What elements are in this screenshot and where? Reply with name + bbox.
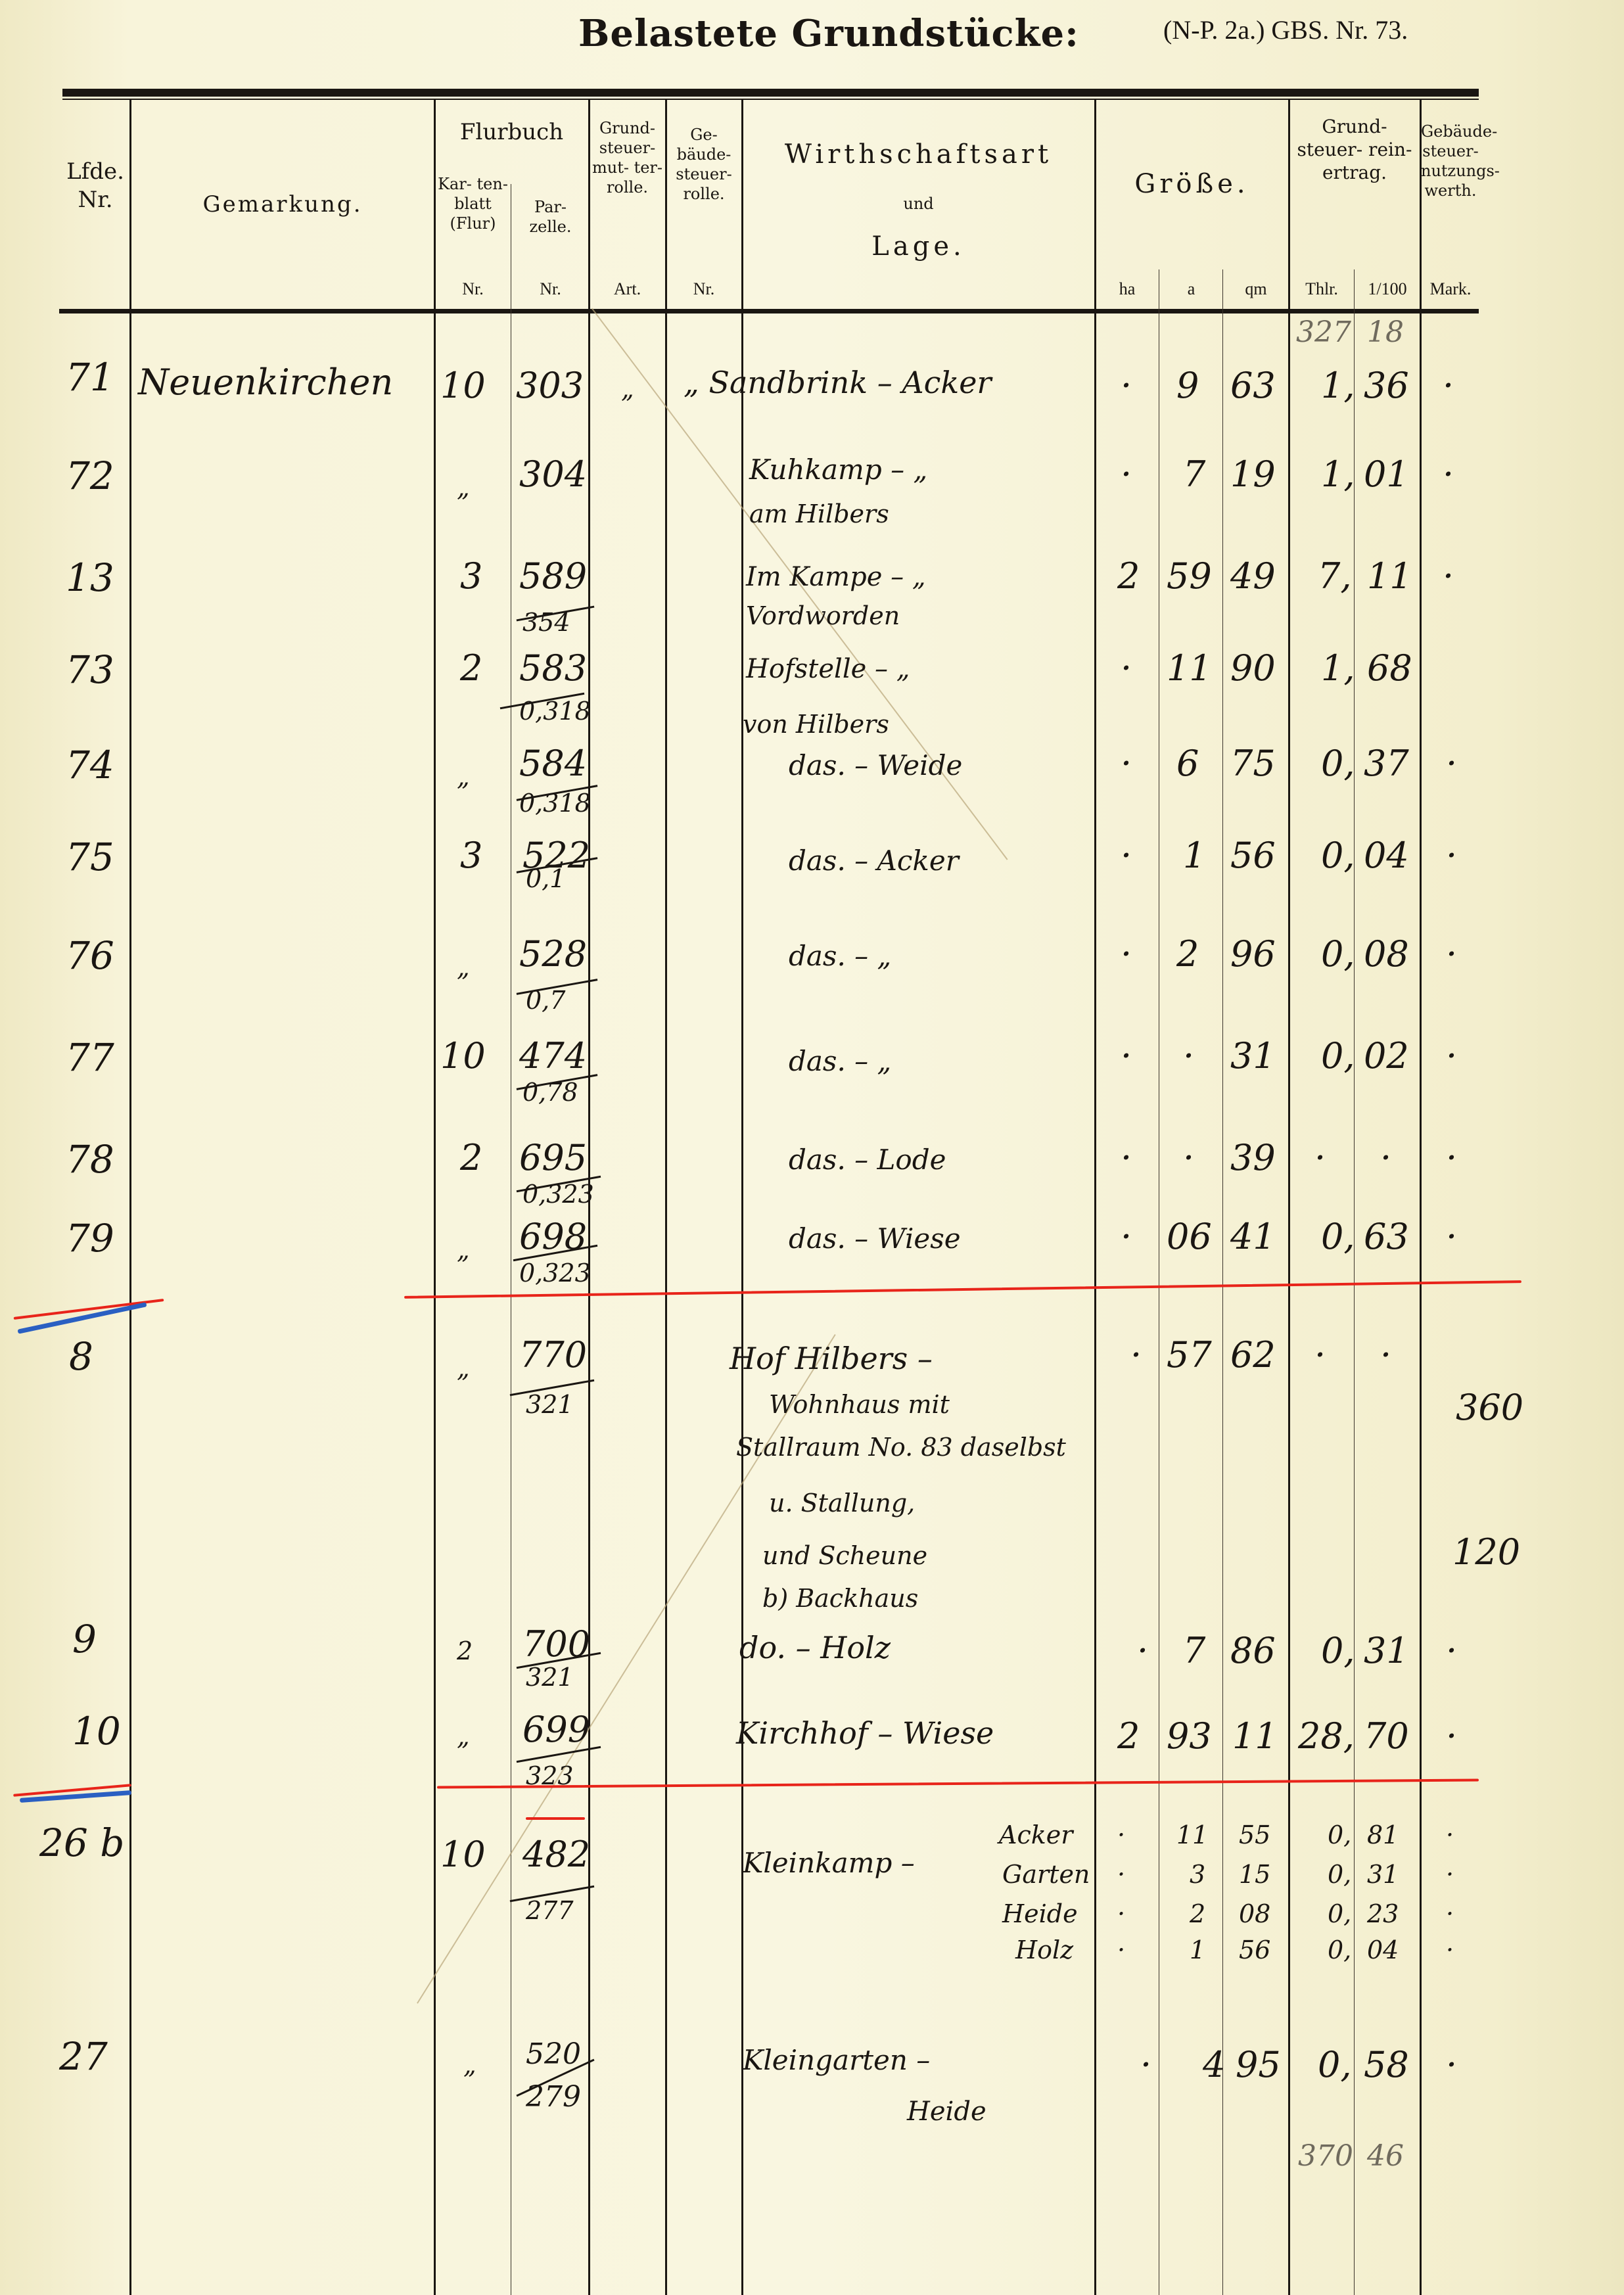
row-lage: Hofstelle – „ xyxy=(746,654,910,684)
row-thlr: 0, xyxy=(1328,1899,1351,1928)
row-mark: · xyxy=(1443,453,1454,495)
row-thlr: 28, xyxy=(1298,1715,1355,1757)
col-divider xyxy=(1420,100,1422,2295)
row-ha: · xyxy=(1121,743,1132,784)
row-thlr: 0, xyxy=(1321,933,1355,975)
row-qm: 55 xyxy=(1239,1820,1270,1849)
row-ha: · xyxy=(1137,1630,1148,1671)
row-parzelle-below: 0,7 xyxy=(526,986,565,1015)
row-parzelle: 482 xyxy=(522,1834,590,1875)
row-cent: · xyxy=(1380,1334,1391,1376)
row-cent: 63 xyxy=(1364,1216,1409,1257)
row-flur: „ xyxy=(457,762,470,791)
row-flur: „ xyxy=(457,1236,470,1264)
row-mark: · xyxy=(1446,1035,1457,1077)
row-a: 7 xyxy=(1183,453,1205,495)
col-divider xyxy=(1222,269,1223,2295)
sub-kind: Acker xyxy=(999,1820,1073,1849)
row-a: 11 xyxy=(1167,647,1212,689)
row-qm: 56 xyxy=(1230,835,1276,876)
row-lage-detail: b) Backhaus xyxy=(762,1584,918,1613)
col-divider xyxy=(1288,100,1290,2295)
sub-kind: Heide xyxy=(1002,1899,1078,1928)
row-qm: 41 xyxy=(1230,1216,1276,1257)
row-lage-detail: Wohnhaus mit xyxy=(769,1390,950,1419)
carry-forward-thlr: 327 xyxy=(1296,315,1351,349)
row-ha: · xyxy=(1121,647,1132,689)
row-nr: 73 xyxy=(66,647,114,692)
row-qm: 31 xyxy=(1230,1035,1276,1077)
row-nr: 9 xyxy=(72,1617,97,1661)
header-und: und xyxy=(743,194,1094,214)
unit-parzelle: Nr. xyxy=(513,279,588,299)
row-ha: · xyxy=(1121,365,1132,406)
header-grundsteuerreinertrag: Grund- steuer- rein- ertrag. xyxy=(1289,115,1420,184)
row-lage-detail: Stallraum No. 83 daselbst xyxy=(736,1433,1066,1462)
row-qm: 95 xyxy=(1236,2044,1281,2085)
row-thlr: 1, xyxy=(1321,365,1355,406)
row-parzelle-below: 321 xyxy=(526,1390,574,1419)
row-parzelle-below: 0,323 xyxy=(519,1259,591,1287)
row-flur: 2 xyxy=(460,647,482,689)
row-parzelle: 589 xyxy=(519,555,587,597)
row-nr: 76 xyxy=(66,933,114,978)
unit-a: a xyxy=(1160,279,1222,299)
row-lage-line2: von Hilbers xyxy=(743,710,889,739)
row-flur: „ xyxy=(457,953,470,982)
row-parzelle-below: 277 xyxy=(526,1896,574,1925)
unit-ha: ha xyxy=(1096,279,1159,299)
total-thlr: 370 xyxy=(1298,2139,1353,2173)
red-divider-line xyxy=(437,1778,1479,1788)
row-cent: 23 xyxy=(1367,1899,1399,1928)
row-lage: Hof Hilbers – xyxy=(730,1341,933,1376)
unit-gebaeude: Nr. xyxy=(666,279,741,299)
unit-thlr: Thlr. xyxy=(1289,279,1354,299)
row-flur: 3 xyxy=(460,555,482,597)
row-thlr: 0, xyxy=(1328,1820,1351,1849)
row-cent: 11 xyxy=(1367,555,1412,597)
row-ha: · xyxy=(1117,1936,1125,1964)
row-flur: „ xyxy=(457,473,470,502)
row-parzelle: 699 xyxy=(522,1709,590,1750)
row-thlr: · xyxy=(1314,1137,1326,1178)
row-parzelle: 698 xyxy=(519,1216,587,1257)
row-lage: das. – „ xyxy=(789,940,891,972)
row-nr: 79 xyxy=(66,1216,114,1261)
row-lage-detail: u. Stallung, xyxy=(769,1489,915,1518)
row-a: · xyxy=(1183,1035,1194,1077)
row-flur: „ xyxy=(463,2051,476,2079)
row-cent: 36 xyxy=(1364,365,1409,406)
row-parzelle-below: 0,323 xyxy=(522,1180,594,1209)
row-cent: 31 xyxy=(1367,1860,1399,1889)
row-mark: 360 xyxy=(1456,1387,1523,1428)
col-divider xyxy=(434,100,436,2295)
row-parzelle: 770 xyxy=(519,1334,587,1376)
row-lage: das. – Acker xyxy=(789,845,959,877)
row-thlr: 0, xyxy=(1321,743,1355,784)
red-underline-parzelle xyxy=(526,1817,585,1820)
row-parzelle: 700 xyxy=(522,1623,590,1665)
row-nr: 8 xyxy=(69,1334,93,1379)
row-ha: · xyxy=(1130,1334,1142,1376)
carry-forward-hundredths: 18 xyxy=(1367,315,1404,349)
row-nr: 78 xyxy=(66,1137,114,1182)
row-mark: · xyxy=(1443,365,1454,406)
unit-hundredths: 1/100 xyxy=(1355,279,1420,299)
row-cent: 02 xyxy=(1364,1035,1409,1077)
col-divider xyxy=(1159,269,1159,2295)
page-title: Belastete Grundstücke: xyxy=(578,12,1079,55)
row-mark: · xyxy=(1446,1936,1454,1964)
row-cent: · xyxy=(1380,1137,1391,1178)
row-qm: 75 xyxy=(1230,743,1276,784)
row-cent: 37 xyxy=(1364,743,1409,784)
row-thlr: 0, xyxy=(1321,835,1355,876)
blue-underline xyxy=(17,1302,147,1333)
row-parzelle: 520 xyxy=(526,2037,581,2071)
row-flur: 10 xyxy=(440,1834,486,1875)
row-a: 57 xyxy=(1167,1334,1212,1376)
row-nr: 71 xyxy=(66,355,114,400)
row-qm: 63 xyxy=(1230,365,1276,406)
row-qm: 49 xyxy=(1230,555,1276,597)
row-qm: 11 xyxy=(1232,1715,1278,1757)
row-nr: 26 b xyxy=(39,1820,124,1865)
row-thlr: 0, xyxy=(1321,1216,1355,1257)
row-lage-line2: am Hilbers xyxy=(749,499,889,528)
row-nr: 13 xyxy=(66,555,114,600)
row-parzelle: 304 xyxy=(519,453,587,495)
row-parzelle-below: 0,318 xyxy=(519,789,591,818)
header-gebaeudesteuerrolle: Ge- bäude- steuer- rolle. xyxy=(666,125,741,204)
row-mark: · xyxy=(1443,555,1454,597)
top-rule-thin xyxy=(62,99,1479,100)
row-cent: 58 xyxy=(1364,2044,1409,2085)
row-mark: · xyxy=(1446,835,1457,876)
row-a: 59 xyxy=(1167,555,1212,597)
form-number: (N-P. 2a.) GBS. Nr. 73. xyxy=(1163,14,1408,45)
row-nr: 77 xyxy=(66,1035,114,1080)
row-ha: · xyxy=(1121,1216,1132,1257)
col-divider xyxy=(1094,100,1096,2295)
row-parzelle-below: 354 xyxy=(522,608,570,637)
row-a: 11 xyxy=(1176,1820,1208,1849)
row-flur: 3 xyxy=(460,835,482,876)
row-a: 93 xyxy=(1167,1715,1212,1757)
row-lage: Im Kampe – „ xyxy=(746,562,926,592)
row-parzelle-below: 0,1 xyxy=(526,864,565,893)
col-divider xyxy=(741,100,743,2295)
row-cent: 68 xyxy=(1367,647,1412,689)
row-parzelle-below: 0,78 xyxy=(522,1078,578,1107)
row-a: 1 xyxy=(1183,835,1205,876)
row-nr: 74 xyxy=(66,743,114,787)
row-lage: das. – Lode xyxy=(789,1144,946,1176)
header-gebaeudesteuernutzungswerth: Gebäude- steuer- nutzungs- werth. xyxy=(1421,122,1480,200)
row-ha: · xyxy=(1117,1899,1125,1928)
row-lage: „ Sandbrink – Acker xyxy=(684,365,991,400)
row-flur: „ xyxy=(457,1354,470,1383)
row-flur: 2 xyxy=(460,1137,482,1178)
row-ha: · xyxy=(1117,1820,1125,1849)
row-a: 06 xyxy=(1167,1216,1212,1257)
col-divider xyxy=(511,184,511,2295)
row-nr: 27 xyxy=(59,2034,108,2079)
row-parzelle: 303 xyxy=(516,365,584,406)
row-ha: · xyxy=(1121,1137,1132,1178)
row-thlr: 0, xyxy=(1328,1860,1351,1889)
row-gemarkung: Neuenkirchen xyxy=(138,361,393,403)
row-a: 7 xyxy=(1183,1630,1205,1671)
row-flur: 10 xyxy=(440,365,486,406)
row-ha: · xyxy=(1117,1860,1125,1889)
row-cent: 01 xyxy=(1364,453,1409,495)
col-divider xyxy=(665,100,667,2295)
row-parzelle: 584 xyxy=(519,743,587,784)
row-parzelle: 474 xyxy=(519,1035,587,1077)
unit-grundsteuer: Art. xyxy=(590,279,665,299)
row-parzelle: 695 xyxy=(519,1137,587,1178)
header-groesse: Größe. xyxy=(1096,168,1288,200)
header-bottom-rule xyxy=(59,309,1479,313)
total-hundredths: 46 xyxy=(1367,2139,1404,2173)
row-thlr: 0, xyxy=(1318,2044,1352,2085)
unit-qm: qm xyxy=(1224,279,1288,299)
header-flurbuch: Flurbuch xyxy=(435,118,588,147)
row-parzelle-below: 279 xyxy=(526,2080,581,2114)
row-mark-secondary: 120 xyxy=(1452,1531,1520,1573)
row-qm: 86 xyxy=(1230,1630,1276,1671)
row-lage: do. – Holz xyxy=(739,1630,891,1665)
row-parzelle: 583 xyxy=(519,647,587,689)
row-ha: 2 xyxy=(1117,1715,1140,1757)
row-mark: · xyxy=(1446,933,1457,975)
header-grundsteuermutterrolle: Grund- steuer- mut- ter- rolle. xyxy=(590,118,665,197)
row-parzelle: 528 xyxy=(519,933,587,975)
ledger-page: Belastete Grundstücke: (N-P. 2a.) GBS. N… xyxy=(0,0,1624,2295)
row-flur: 10 xyxy=(440,1035,486,1077)
row-lage-line2: Vordworden xyxy=(746,601,900,630)
row-flur: 2 xyxy=(457,1636,473,1665)
row-lage: Kleingarten – xyxy=(743,2044,930,2076)
row-qm: 56 xyxy=(1239,1936,1270,1964)
row-flur: „ xyxy=(457,1722,470,1751)
row-mark: · xyxy=(1446,1860,1454,1889)
row-ha: 2 xyxy=(1117,555,1140,597)
row-a: 1 xyxy=(1190,1936,1205,1964)
row-mark: · xyxy=(1446,1899,1454,1928)
row-mark: · xyxy=(1446,1820,1454,1849)
row-mark: · xyxy=(1446,1630,1457,1671)
row-qm: 15 xyxy=(1239,1860,1270,1889)
row-cent: 70 xyxy=(1364,1715,1409,1757)
row-qm: 08 xyxy=(1239,1899,1270,1928)
row-thlr: · xyxy=(1314,1334,1326,1376)
row-cent: 31 xyxy=(1364,1630,1409,1671)
row-parzelle-below: 0,318 xyxy=(519,697,591,726)
header-kartenblatt: Kar- ten- blatt (Flur) xyxy=(435,174,511,233)
row-ha: · xyxy=(1140,2044,1151,2085)
top-rule xyxy=(62,89,1479,97)
row-qm: 19 xyxy=(1230,453,1276,495)
header-lage: Lage. xyxy=(743,230,1094,263)
row-a: 4 xyxy=(1203,2044,1225,2085)
row-qm: 39 xyxy=(1230,1137,1276,1178)
row-thlr: 0, xyxy=(1328,1936,1351,1964)
row-grund-art: „ xyxy=(621,375,634,404)
row-lage: Kuhkamp – „ xyxy=(749,453,927,486)
row-thlr: 7, xyxy=(1318,555,1352,597)
row-a: 2 xyxy=(1190,1899,1205,1928)
row-parzelle-below: 321 xyxy=(526,1663,574,1692)
row-a: 3 xyxy=(1190,1860,1205,1889)
row-nr: 75 xyxy=(66,835,114,879)
sub-kind: Holz xyxy=(1015,1936,1073,1964)
row-a: 9 xyxy=(1176,365,1199,406)
header-lfde-nr: Lfde. Nr. xyxy=(62,158,128,214)
row-a: 6 xyxy=(1176,743,1199,784)
row-ha: · xyxy=(1121,1035,1132,1077)
unit-mark: Mark. xyxy=(1421,279,1480,299)
row-cent: 04 xyxy=(1367,1936,1399,1964)
row-ha: · xyxy=(1121,933,1132,975)
row-qm: 62 xyxy=(1230,1334,1276,1376)
row-thlr: 0, xyxy=(1321,1630,1355,1671)
row-lage-line2: Heide xyxy=(907,2097,986,2127)
sub-kind: Garten xyxy=(1002,1860,1090,1889)
row-a: · xyxy=(1183,1137,1194,1178)
row-a: 2 xyxy=(1176,933,1199,975)
row-lage: das. – Weide xyxy=(789,749,962,781)
row-lage: das. – Wiese xyxy=(789,1222,961,1255)
row-thlr: 0, xyxy=(1321,1035,1355,1077)
header-parzelle: Par- zelle. xyxy=(513,197,588,237)
row-mark: · xyxy=(1446,743,1457,784)
row-ha: · xyxy=(1121,453,1132,495)
row-cent: 08 xyxy=(1364,933,1409,975)
row-cent: 81 xyxy=(1367,1820,1399,1849)
row-lage: Kleinkamp – xyxy=(743,1847,915,1879)
row-ha: · xyxy=(1121,835,1132,876)
row-mark: · xyxy=(1446,2044,1457,2085)
row-thlr: 1, xyxy=(1321,453,1355,495)
row-mark: · xyxy=(1446,1715,1457,1757)
row-lage-detail: und Scheune xyxy=(762,1541,927,1570)
row-qm: 96 xyxy=(1230,933,1276,975)
row-nr: 10 xyxy=(72,1709,121,1753)
col-divider xyxy=(129,100,131,2295)
row-mark: · xyxy=(1446,1137,1457,1178)
row-mark: · xyxy=(1446,1216,1457,1257)
header-gemarkung: Gemarkung. xyxy=(131,191,434,219)
row-cent: 04 xyxy=(1364,835,1409,876)
row-nr: 72 xyxy=(66,453,114,498)
header-wirthschaftsart: Wirthschaftsart xyxy=(743,138,1094,171)
row-qm: 90 xyxy=(1230,647,1276,689)
row-thlr: 1, xyxy=(1321,647,1355,689)
row-lage: Kirchhof – Wiese xyxy=(736,1715,994,1751)
unit-kartenblatt: Nr. xyxy=(435,279,511,299)
row-lage: das. – „ xyxy=(789,1045,891,1077)
